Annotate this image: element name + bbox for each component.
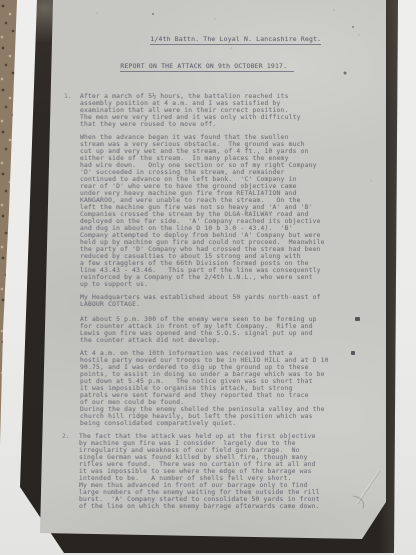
unit-title: 1/4th Battn. The Loyal N. Lancashire Reg… xyxy=(126,29,321,50)
body-block-advance: When the advance began it was found that… xyxy=(80,134,325,288)
report-title-text: REPORT ON THE ATTACK ON 9th OCTOBER 1917… xyxy=(120,62,294,72)
report-title: REPORT ON THE ATTACK ON 9th OCTOBER 1917… xyxy=(96,56,294,77)
body-block-10th-orders: At 4 a.m. on the 10th information was re… xyxy=(80,350,329,427)
paragraph-2-number: 2. xyxy=(62,433,70,440)
paragraph-1-number: 1. xyxy=(64,93,72,100)
body-block-headquarters: My Headquarters was established about 50… xyxy=(80,294,321,308)
unit-title-text: 1/4th Battn. The Loyal N. Lancashire Reg… xyxy=(150,35,321,45)
carpet-texture xyxy=(0,0,20,445)
body-block-counter-attack: At about 5 p.m. 300 of the enemy were se… xyxy=(80,316,317,344)
paper-speck xyxy=(152,13,154,15)
document-photo: 1/4th Battn. The Loyal N. Lancashire Reg… xyxy=(0,0,416,555)
corner-curl xyxy=(351,496,366,509)
paragraph-1-text: After a march of 5½ hours, the battalion… xyxy=(80,93,301,128)
paragraph-2-text: The fact that the attack was held up at … xyxy=(79,433,320,510)
ink-blot xyxy=(351,351,355,355)
photo-of-mounted-document: 1/4th Battn. The Loyal N. Lancashire Reg… xyxy=(0,0,416,555)
ink-blot xyxy=(355,317,360,321)
